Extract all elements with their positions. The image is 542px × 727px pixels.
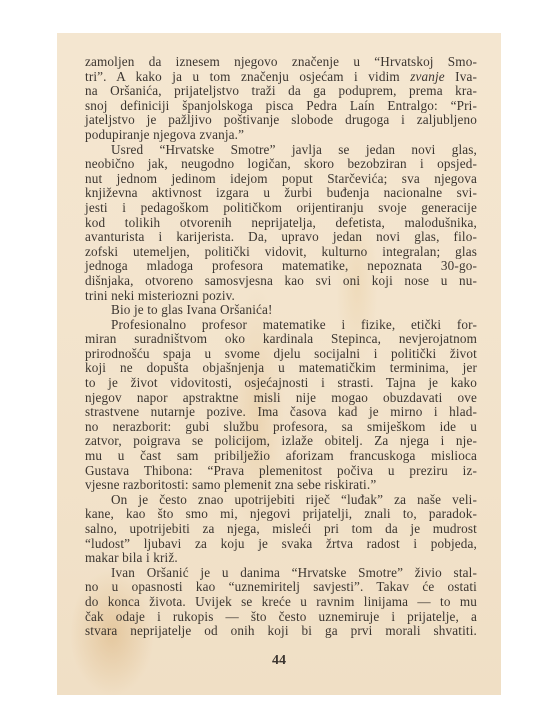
text-line: dišnjaka, otvoreno samosvjesna kao svi o… xyxy=(85,274,477,289)
emphasized-word: zvanje xyxy=(410,69,445,84)
text-line: zatvor, poigrava se policijom, izlaže ob… xyxy=(85,434,477,449)
text-segment: tri”. A kako ja u tom značenju osjećam i… xyxy=(85,69,410,84)
text-line: Usred “Hrvatske Smotre” javlja se jedan … xyxy=(85,143,477,158)
text-line: jateljstvo je pažljivo poštivanje slobod… xyxy=(85,113,477,128)
text-line: čak odaje i rukopis — što često uznemiru… xyxy=(85,610,477,625)
text-line: do konca života. Uvijek se kreće u ravni… xyxy=(85,595,477,610)
text-line: salno, upotrijebiti za njega, misleći pr… xyxy=(85,522,477,537)
text-line: avanturista i karijerista. Da, upravo je… xyxy=(85,230,477,245)
text-line: nut jednom jedinom idejom poput Starčevi… xyxy=(85,172,477,187)
text-line: zamoljen da iznesem njegovo značenje u “… xyxy=(85,55,477,70)
text-line: to je život vidovitosti, osjećajnosti i … xyxy=(85,376,477,391)
text-line: trini neki misteriozni poziv. xyxy=(85,289,477,304)
text-line: Gustava Thibona: “Prava plemenitost poči… xyxy=(85,464,477,479)
text-line: zofski utemeljen, politički vidovit, kul… xyxy=(85,245,477,260)
text-line: miran suradništvom oko kardinala Stepinc… xyxy=(85,332,477,347)
text-line: no nerazborit: gubi službu profesora, sa… xyxy=(85,420,477,435)
text-line: Ivan Oršanić je u danima “Hrvatske Smotr… xyxy=(85,566,477,581)
text-line: strastvene nutarnje pozive. Ima časova k… xyxy=(85,405,477,420)
text-line: vjesne razboritosti: samo plemenit zna s… xyxy=(85,478,477,493)
text-line: tri”. A kako ja u tom značenju osjećam i… xyxy=(85,70,477,85)
text-line: jednoga mladoga profesora matematike, ne… xyxy=(85,259,477,274)
text-line: koji ne dopušta objašnjenja u matematičk… xyxy=(85,361,477,376)
text-line: književna aktivnost izgara u žurbi buđen… xyxy=(85,186,477,201)
text-line: kod tolikih otvorenih neprijatelja, defe… xyxy=(85,216,477,231)
text-segment: Iva- xyxy=(445,69,477,84)
text-line: On je često znao upotrijebiti riječ “luđ… xyxy=(85,493,477,508)
text-line: njegov napor apstraktne misli nije mogao… xyxy=(85,391,477,406)
text-line: Bio je to glas Ivana Oršanića! xyxy=(85,303,477,318)
text-line: no u opasnosti kao “uznemiritelj savjest… xyxy=(85,580,477,595)
text-line: prirodnošću spaja u svome djelu socijaln… xyxy=(85,347,477,362)
text-line: “ludost” ljubavi za koju je svaka žrtva … xyxy=(85,537,477,552)
text-line: na Oršanića, prijateljstvo traži da ga p… xyxy=(85,84,477,99)
text-line: mu u čast sam pribilježio aforizam franc… xyxy=(85,449,477,464)
text-line: kane, kao što smo mi, njegovi prijatelji… xyxy=(85,507,477,522)
body-text: zamoljen da iznesem njegovo značenje u “… xyxy=(85,55,477,639)
page-number: 44 xyxy=(57,653,501,669)
text-line: stvara neprijatelje od onih koji bi ga p… xyxy=(85,624,477,639)
text-line: Profesionalno profesor matematike i fizi… xyxy=(85,318,477,333)
book-page: zamoljen da iznesem njegovo značenje u “… xyxy=(57,33,501,695)
text-line: jesti i pedagoškom političkom orijentira… xyxy=(85,201,477,216)
text-line: podupiranje njegova zvanja.” xyxy=(85,128,477,143)
text-line: neobično jak, neugodno logičan, skoro be… xyxy=(85,157,477,172)
text-line: makar bila i križ. xyxy=(85,551,477,566)
text-line: snoj definiciji španjolskoga pisca Pedra… xyxy=(85,99,477,114)
